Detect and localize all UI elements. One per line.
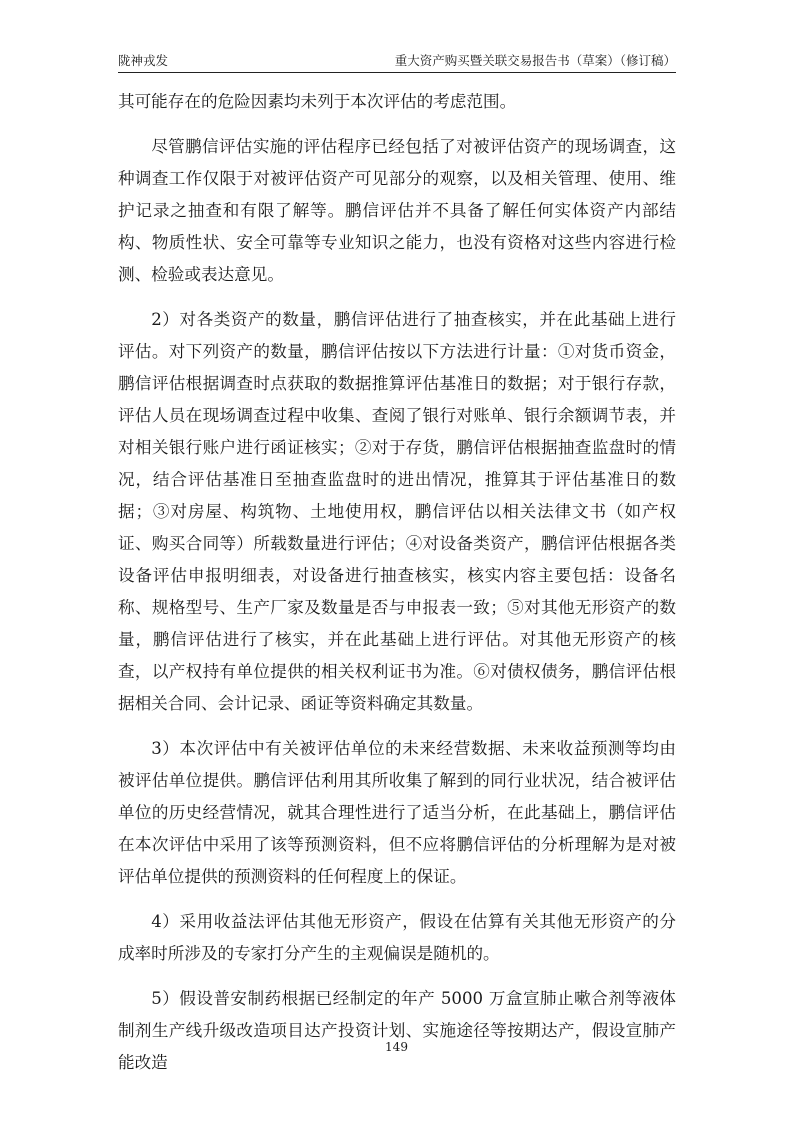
page-header: 陇神戎发 重大资产购买暨关联交易报告书（草案）（修订稿） — [118, 52, 676, 73]
page-body: 其可能存在的危险因素均未列于本次评估的考虑范围。 尽管鹏信评估实施的评估程序已经… — [118, 86, 676, 1092]
paragraph-production-line: 5）假设普安制药根据已经制定的年产 5000 万盒宣肺止嗽合剂等液体制剂生产线升… — [118, 983, 676, 1079]
page-number: 149 — [385, 1040, 408, 1054]
paragraph-inspection-limits: 尽管鹏信评估实施的评估程序已经包括了对被评估资产的现场调查，这种调查工作仅限于对… — [118, 131, 676, 291]
company-name: 陇神戎发 — [118, 51, 168, 69]
page-footer: 149 — [0, 1040, 793, 1054]
paragraph-income-approach: 4）采用收益法评估其他无形资产，假设在估算有关其他无形资产的分成率时所涉及的专家… — [118, 906, 676, 970]
paragraph-asset-quantity: 2）对各类资产的数量，鹏信评估进行了抽查核实，并在此基础上进行评估。对下列资产的… — [118, 304, 676, 720]
paragraph-continuation: 其可能存在的危险因素均未列于本次评估的考虑范围。 — [118, 86, 676, 118]
paragraph-forecast-data: 3）本次评估中有关被评估单位的未来经营数据、未来收益预测等均由被评估单位提供。鹏… — [118, 733, 676, 893]
document-title: 重大资产购买暨关联交易报告书（草案）（修订稿） — [395, 51, 676, 69]
